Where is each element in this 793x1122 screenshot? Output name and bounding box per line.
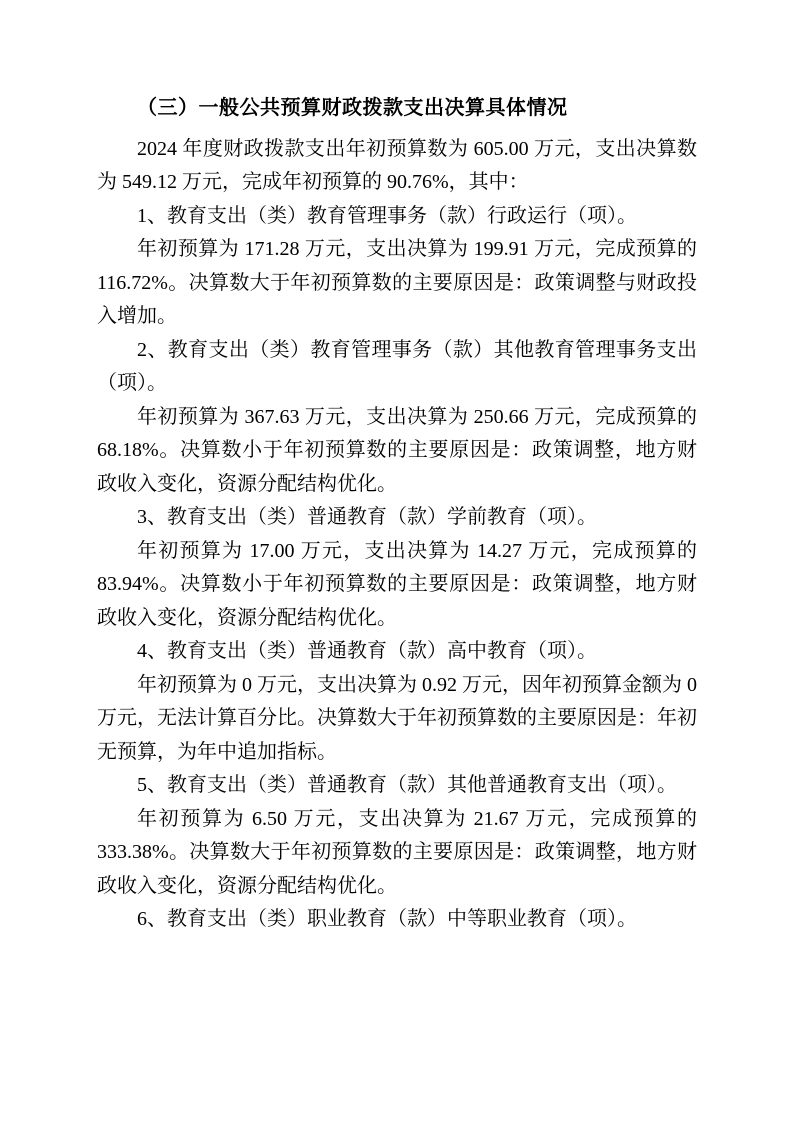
section-heading: （三）一般公共预算财政拨款支出决算具体情况	[97, 92, 697, 126]
paragraph: 3、教育支出（类）普通教育（款）学前教育（项）。	[97, 501, 697, 535]
paragraph-container: 2024 年度财政拨款支出年初预算数为 605.00 万元，支出决算数为 549…	[97, 133, 697, 937]
paragraph: 年初预算为 17.00 万元，支出决算为 14.27 万元，完成预算的 83.9…	[97, 535, 697, 636]
paragraph: 年初预算为 0 万元，支出决算为 0.92 万元，因年初预算金额为 0 万元，无…	[97, 669, 697, 770]
paragraph: 6、教育支出（类）职业教育（款）中等职业教育（项）。	[97, 903, 697, 937]
paragraph: 2024 年度财政拨款支出年初预算数为 605.00 万元，支出决算数为 549…	[97, 133, 697, 200]
paragraph: 年初预算为 171.28 万元，支出决算为 199.91 万元，完成预算的 11…	[97, 233, 697, 334]
document-page: （三）一般公共预算财政拨款支出决算具体情况 2024 年度财政拨款支出年初预算数…	[0, 0, 793, 1122]
paragraph: 5、教育支出（类）普通教育（款）其他普通教育支出（项）。	[97, 769, 697, 803]
paragraph: 4、教育支出（类）普通教育（款）高中教育（项）。	[97, 635, 697, 669]
paragraph: 1、教育支出（类）教育管理事务（款）行政运行（项）。	[97, 200, 697, 234]
paragraph: 2、教育支出（类）教育管理事务（款）其他教育管理事务支出（项）。	[97, 334, 697, 401]
paragraph: 年初预算为 367.63 万元，支出决算为 250.66 万元，完成预算的 68…	[97, 401, 697, 502]
paragraph: 年初预算为 6.50 万元，支出决算为 21.67 万元，完成预算的 333.3…	[97, 803, 697, 904]
